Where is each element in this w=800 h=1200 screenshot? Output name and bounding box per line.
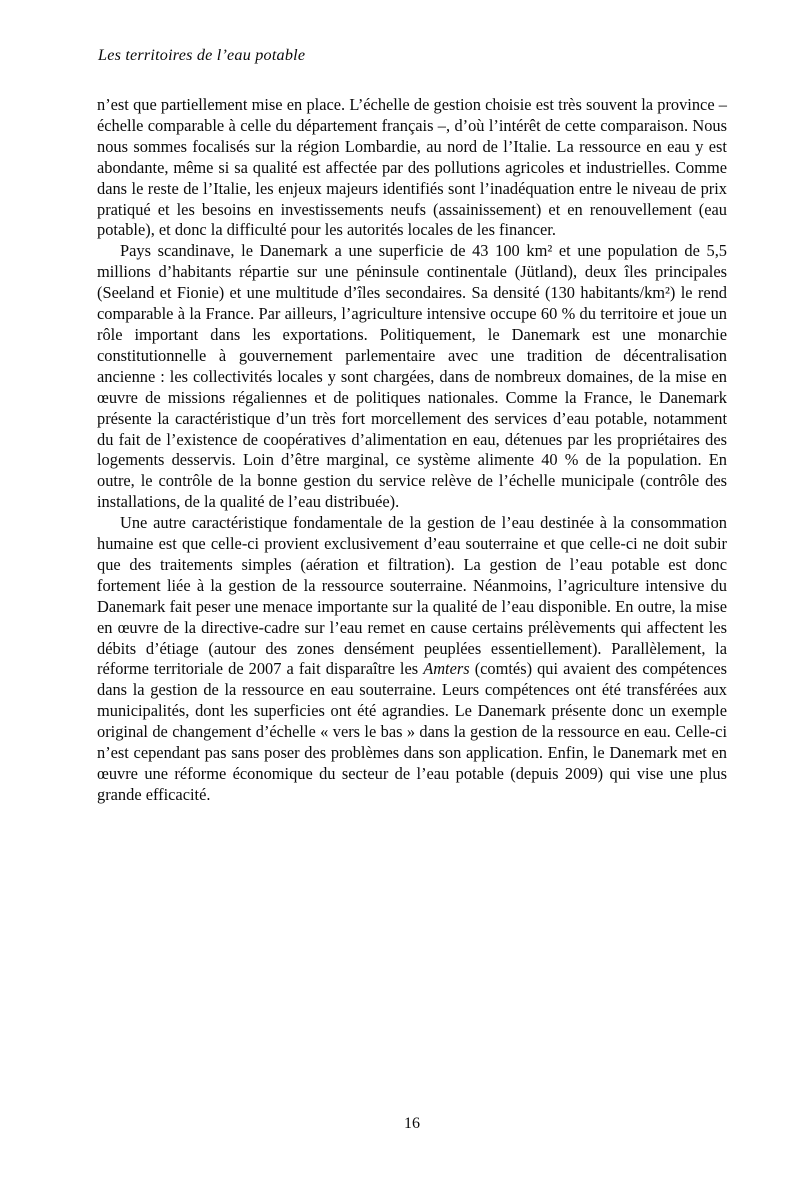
paragraph-1: n’est que partiellement mise en place. L… bbox=[97, 95, 727, 241]
body-text: n’est que partiellement mise en place. L… bbox=[97, 95, 727, 806]
paragraph-2: Pays scandinave, le Danemark a une super… bbox=[97, 241, 727, 513]
text-segment: Une autre caractéristique fondamentale d… bbox=[97, 513, 727, 678]
book-page: Les territoires de l’eau potable n’est q… bbox=[0, 0, 800, 1200]
italic-term: Amters bbox=[423, 659, 469, 678]
running-head: Les territoires de l’eau potable bbox=[98, 46, 728, 65]
text-segment: Pays scandinave, le Danemark a une super… bbox=[97, 241, 727, 511]
paragraph-3: Une autre caractéristique fondamentale d… bbox=[97, 513, 727, 806]
text-segment: (comtés) qui avaient des compétences dan… bbox=[97, 659, 727, 803]
page-number: 16 bbox=[97, 1115, 727, 1133]
text-segment: n’est que partiellement mise en place. L… bbox=[97, 95, 727, 239]
